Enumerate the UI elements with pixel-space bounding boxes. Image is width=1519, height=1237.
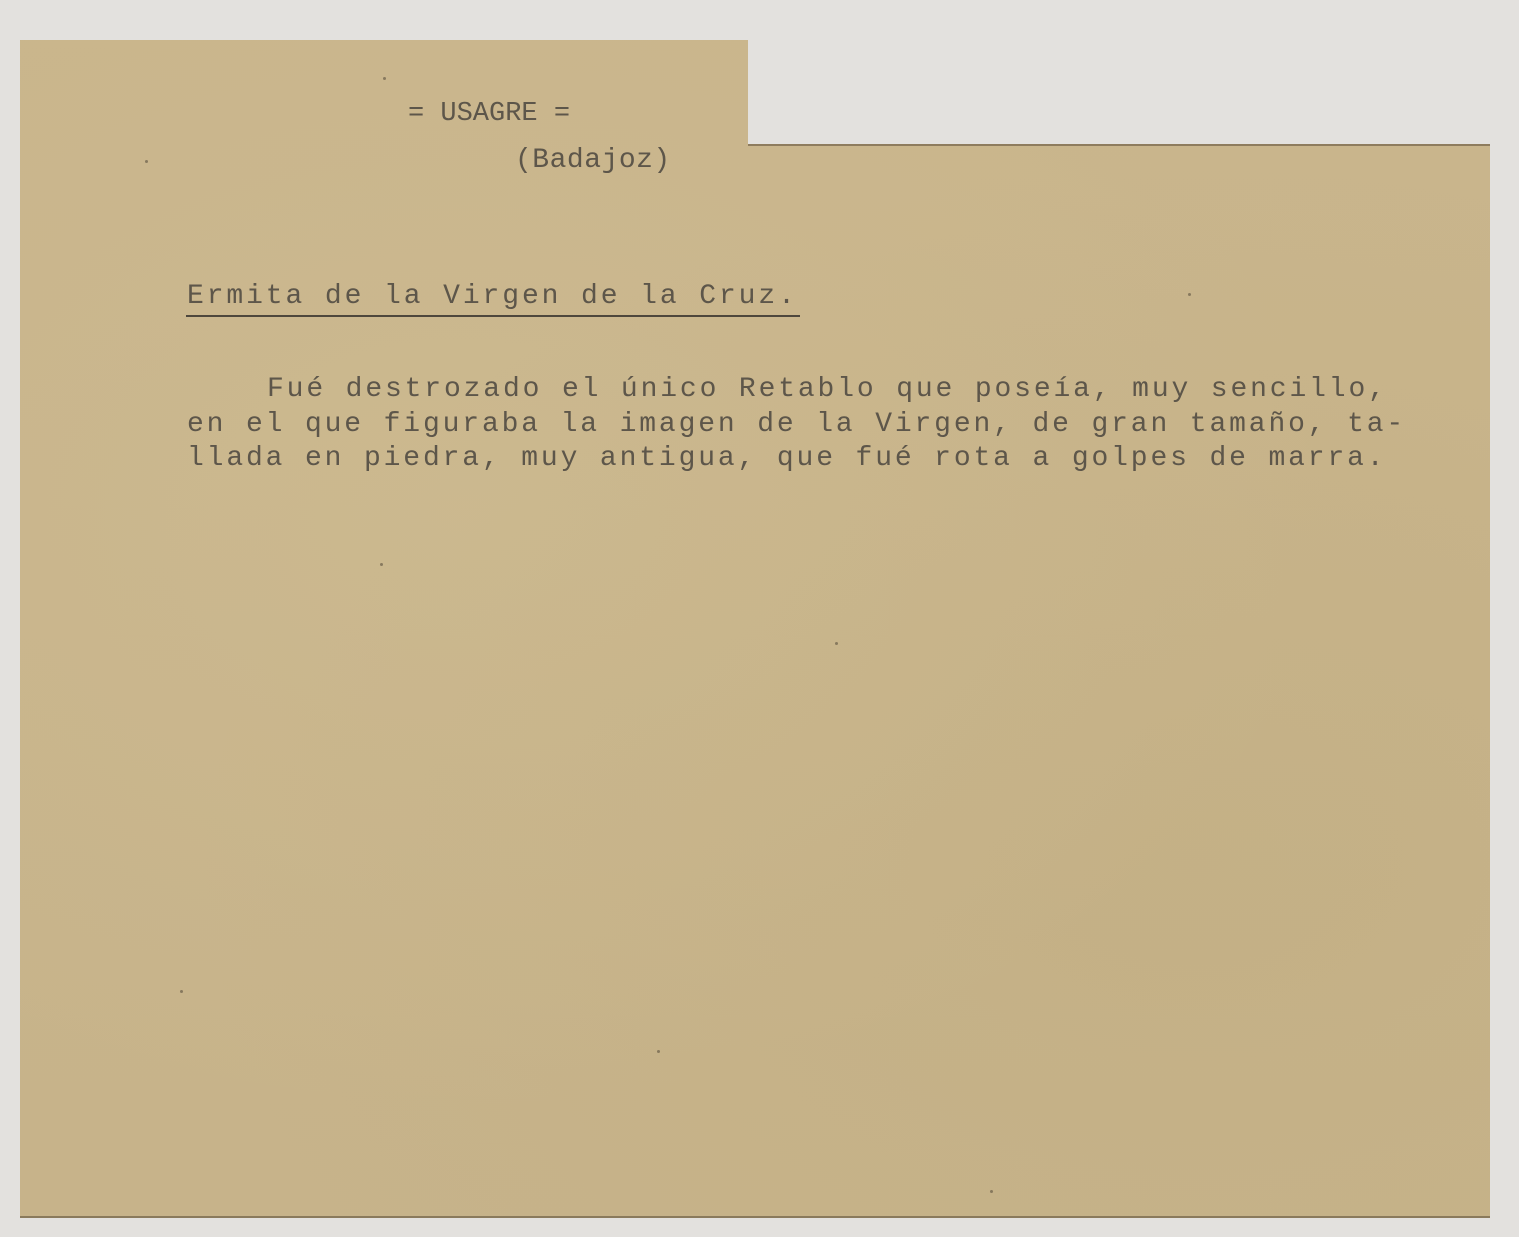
- body-line: en el que figuraba la imagen de la Virge…: [187, 411, 1406, 439]
- paper-speck: [990, 1190, 993, 1193]
- paper-speck: [835, 642, 838, 645]
- paper-speck: [1188, 293, 1191, 296]
- body-line: llada en piedra, muy antigua, que fué ro…: [187, 445, 1386, 473]
- section-title: Ermita de la Virgen de la Cruz.: [187, 283, 798, 311]
- card-notch-edge: [748, 144, 1490, 146]
- paper-speck: [145, 160, 148, 163]
- paper-speck: [657, 1050, 660, 1053]
- card-bottom-edge: [20, 1216, 1490, 1218]
- paper-speck: [380, 563, 383, 566]
- section-title-underline: [186, 315, 800, 317]
- paper-speck: [180, 990, 183, 993]
- body-line: Fué destrozado el único Retablo que pose…: [267, 376, 1388, 404]
- header-title: = USAGRE =: [408, 101, 570, 128]
- header-subtitle: (Badajoz): [515, 147, 671, 175]
- paper-speck: [383, 77, 386, 80]
- archival-card: [20, 40, 1490, 1218]
